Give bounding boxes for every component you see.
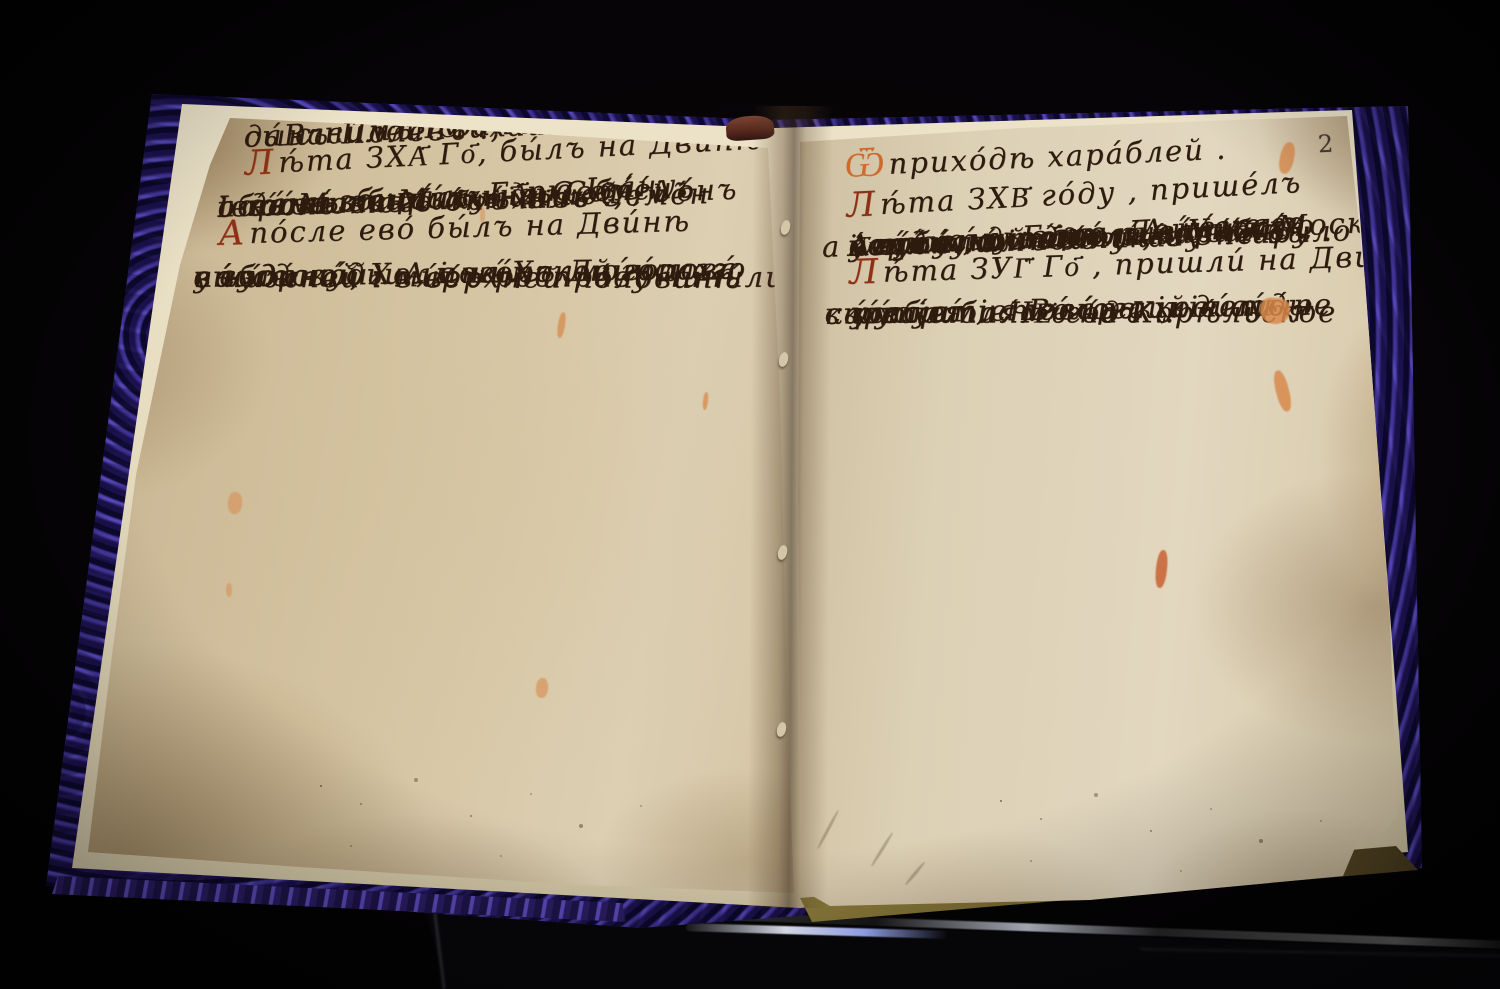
margin-mark	[1154, 550, 1169, 589]
margin-mark	[556, 312, 567, 339]
line-text: суди́ли , і ми́ръ роспра́ву чини́ли .	[219, 256, 808, 298]
manuscript-line: суди́ли , і ми́ръ роспра́ву чини́ли .	[219, 256, 813, 257]
margin-mark	[702, 392, 709, 410]
line-text: у́стіе по ЧЕ҃ го́дъ .:	[850, 293, 1177, 333]
photograph-stage: Васи́леи Миха́иловъ сн҃ъ Торо́що.да с ни…	[0, 0, 1500, 989]
ink-specks	[320, 785, 322, 787]
show-through-scribble	[904, 861, 926, 886]
right-page: 2 Ѿприхо́дѣ хара́блей .Лѣ́та ЗХВ҃ го́ду …	[790, 100, 1430, 930]
rubric-initial: Ѿ	[844, 144, 887, 186]
ink-specks	[1000, 800, 1002, 802]
margin-mark	[1271, 369, 1294, 413]
right-page-text: Ѿприхо́дѣ хара́блей .Лѣ́та ЗХВ҃ го́ду , …	[818, 123, 1414, 295]
rubric-initial: Л	[845, 184, 878, 226]
rubric-initial: А	[218, 213, 247, 254]
margin-mark	[535, 678, 549, 699]
margin-mark	[226, 583, 232, 597]
show-through-scribble	[870, 832, 894, 868]
margin-mark	[227, 492, 243, 515]
rubric-initial: Л	[849, 252, 881, 293]
margin-mark	[480, 207, 485, 223]
rubric-initial: Л	[244, 142, 276, 183]
